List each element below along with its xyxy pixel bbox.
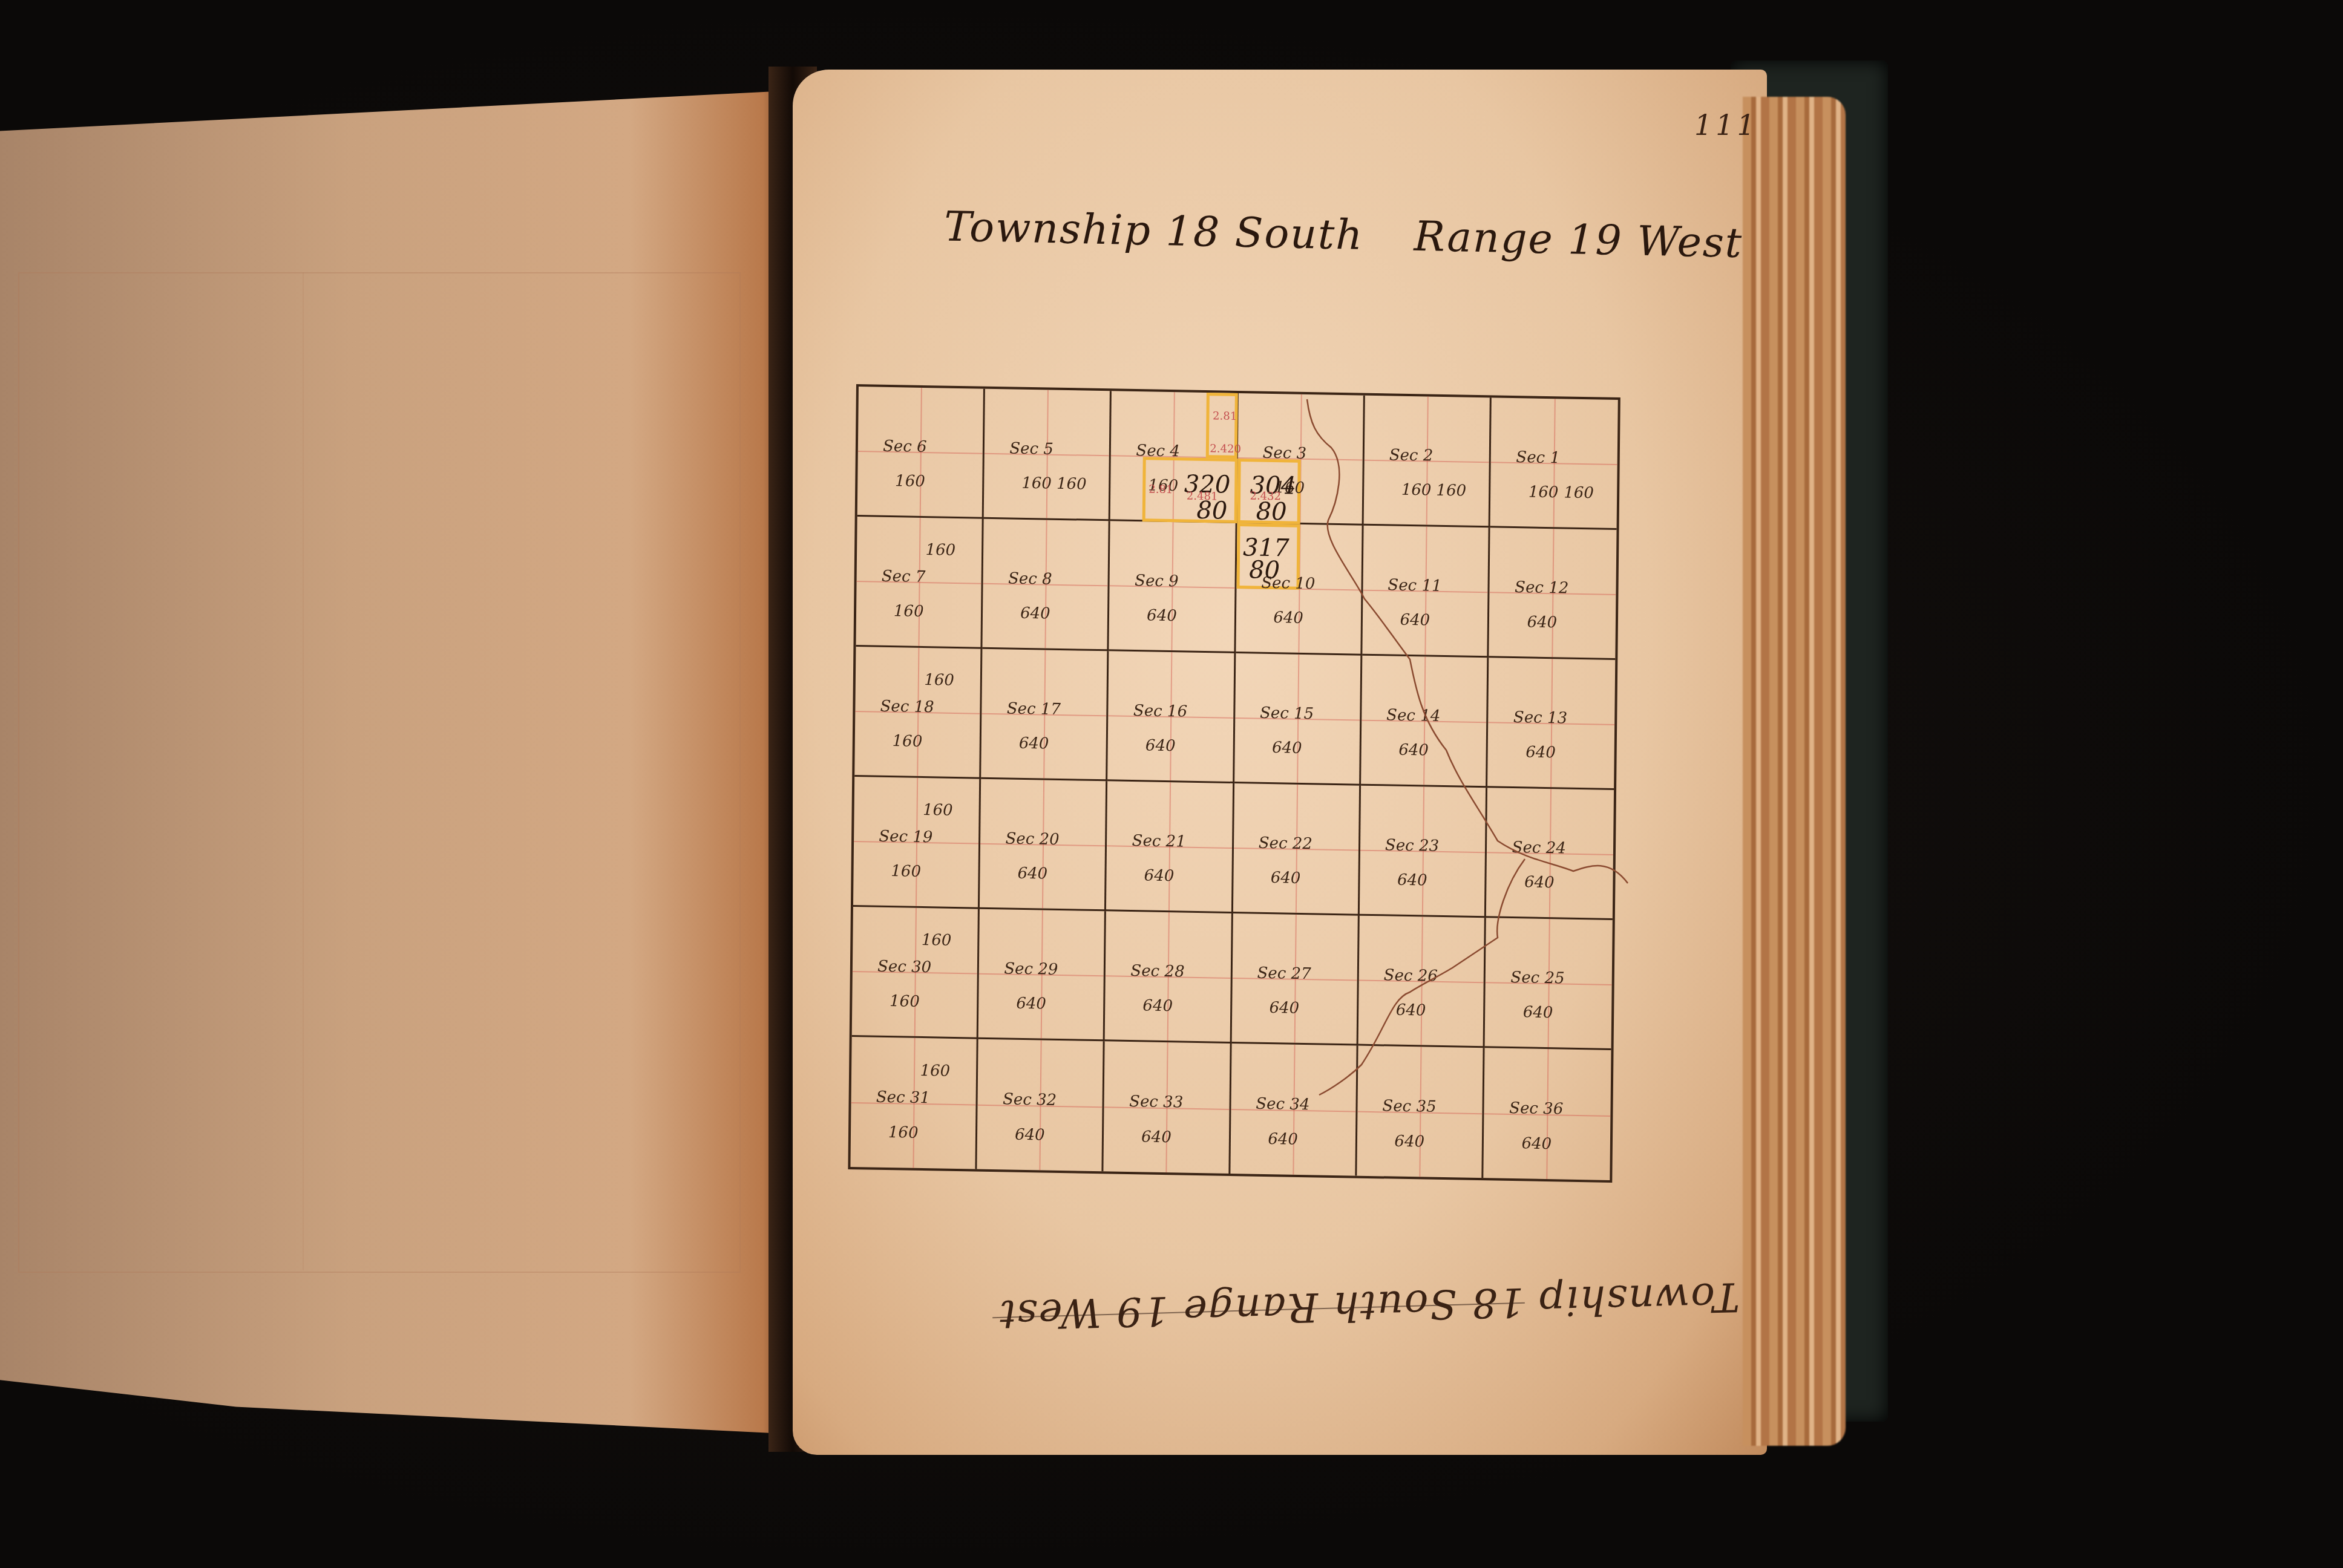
- section-acres: 160: [890, 992, 920, 1011]
- section-acres-top: 160: [922, 931, 952, 950]
- section-acres-top: 160: [925, 541, 955, 560]
- section-acres: 160: [888, 1123, 919, 1142]
- section-label: Sec 7: [882, 567, 926, 586]
- section-label: Sec 5: [1009, 439, 1054, 458]
- section-cell: Sec 35640: [1357, 1046, 1484, 1178]
- section-label: Sec 35: [1382, 1097, 1436, 1116]
- section-cell: Sec 31160160: [850, 1037, 978, 1169]
- page-number: 111: [1694, 109, 1758, 142]
- section-acres: 640: [1142, 996, 1173, 1015]
- section-cell: Sec 32640: [977, 1039, 1105, 1172]
- section-acres: 160: [891, 862, 921, 881]
- section-acres: 160: [1564, 483, 1594, 502]
- section-label: Sec 2: [1389, 446, 1434, 465]
- section-acres: 160: [1057, 475, 1087, 494]
- section-label: Sec 23: [1385, 836, 1439, 855]
- section-cell: Sec 26640: [1358, 916, 1486, 1048]
- section-cell: Sec 20640: [980, 779, 1107, 912]
- section-acres: 640: [1525, 743, 1556, 762]
- section-cell: Sec 16640: [1107, 651, 1235, 783]
- section-acres: 640: [1147, 606, 1177, 625]
- section-label: Sec 27: [1257, 964, 1311, 983]
- section-cell: Sec 29640: [978, 909, 1106, 1042]
- section-label: Sec 17: [1007, 699, 1061, 719]
- section-acres-top: 160: [924, 671, 954, 690]
- section-label: Sec 32: [1003, 1090, 1057, 1109]
- section-acres: 640: [1016, 995, 1046, 1013]
- section-cell: Sec 34640: [1230, 1044, 1358, 1176]
- book-photo: 111 Township 18 South Range 19 West Sec …: [0, 0, 2343, 1568]
- section-label: Sec 33: [1129, 1093, 1183, 1112]
- section-label: Sec 4: [1136, 442, 1180, 460]
- section-acres: 160: [895, 472, 925, 491]
- section-label: Sec 18: [880, 697, 934, 716]
- section-label: Sec 6: [883, 437, 927, 456]
- section-label: Sec 19: [879, 827, 932, 846]
- sec10-sub-acres: 80: [1249, 556, 1280, 584]
- section-label: Sec 12: [1515, 578, 1568, 598]
- section-acres-top: 160: [920, 1062, 950, 1080]
- section-label: Sec 1: [1516, 448, 1560, 467]
- red-lot-note: 2.81: [1149, 483, 1173, 496]
- section-cell: Sec 13640: [1487, 658, 1615, 790]
- section-cell: Sec 14640: [1361, 656, 1489, 788]
- section-label: Sec 29: [1004, 959, 1058, 979]
- section-label: Sec 25: [1510, 969, 1564, 988]
- section-cell: Sec 17640: [981, 649, 1109, 782]
- section-acres: 640: [1527, 613, 1557, 632]
- left-page: [0, 91, 787, 1434]
- section-label: Sec 31: [876, 1088, 930, 1108]
- section-cell: Sec 23640: [1360, 786, 1487, 918]
- section-acres: 160: [1436, 482, 1466, 500]
- section-cell: Sec 27640: [1231, 913, 1359, 1046]
- section-acres: 640: [1017, 864, 1047, 883]
- section-acres: 640: [1272, 739, 1302, 757]
- range-label: Range 19 West: [1414, 213, 1743, 267]
- section-cell: Sec 30160160: [852, 907, 980, 1039]
- section-label: Sec 3: [1262, 443, 1306, 462]
- section-cell: Sec 1160160: [1490, 397, 1617, 530]
- section-acres: 640: [1015, 1126, 1045, 1145]
- section-acres: 640: [1521, 1134, 1552, 1153]
- red-lot-note: 2.432: [1250, 489, 1281, 503]
- section-acres: 160: [894, 602, 924, 621]
- section-cell: Sec 15640: [1234, 653, 1362, 786]
- section-acres: 160: [1401, 481, 1432, 500]
- section-acres: 640: [1523, 1003, 1553, 1022]
- red-lot-note: 2.81: [1213, 410, 1237, 423]
- section-label: Sec 13: [1513, 708, 1567, 728]
- section-cell: Sec 12640: [1489, 528, 1616, 660]
- section-cell: Sec 21640: [1106, 781, 1234, 913]
- stacked-page-edges: [1743, 97, 1846, 1446]
- red-lot-note: 2.481: [1187, 490, 1218, 503]
- section-label: Sec 21: [1132, 832, 1186, 851]
- section-acres: 640: [1524, 873, 1555, 892]
- section-label: Sec 24: [1512, 838, 1566, 858]
- red-lot-note: 2.420: [1210, 442, 1241, 456]
- section-cell: Sec 33640: [1104, 1041, 1231, 1174]
- section-label: Sec 26: [1384, 966, 1438, 985]
- section-cell: Sec 19160160: [853, 777, 981, 909]
- section-acres: 160: [1529, 483, 1559, 501]
- section-cell: Sec 25640: [1484, 918, 1612, 1050]
- section-acres: 160: [1021, 474, 1052, 493]
- section-label: Sec 9: [1135, 572, 1179, 590]
- left-page-faint-frame: [18, 272, 741, 1273]
- section-cell: Sec 18160160: [854, 647, 982, 779]
- section-cell: Sec 36640: [1483, 1048, 1611, 1180]
- section-acres: 160: [893, 732, 923, 751]
- section-cell: Sec 28640: [1105, 911, 1233, 1044]
- section-acres: 640: [1144, 866, 1175, 885]
- township-grid: Sec 6160Sec 5160160Sec 4160Sec 3160Sec 2…: [848, 384, 1620, 1183]
- section-label: Sec 22: [1259, 834, 1312, 853]
- section-acres: 640: [1145, 736, 1176, 755]
- section-cell: Sec 9640: [1109, 521, 1237, 653]
- left-page-fold: [303, 272, 304, 1270]
- section-label: Sec 30: [877, 957, 931, 976]
- section-label: Sec 36: [1509, 1099, 1563, 1119]
- section-acres: 640: [1271, 869, 1301, 887]
- section-cell: Sec 6160: [857, 387, 985, 519]
- section-cell: Sec 11640: [1362, 526, 1490, 658]
- section-acres: 640: [1397, 871, 1427, 890]
- section-acres: 640: [1396, 1001, 1426, 1020]
- section-acres: 640: [1141, 1128, 1171, 1146]
- section-label: Sec 34: [1256, 1095, 1309, 1114]
- section-acres: 640: [1020, 604, 1050, 623]
- section-cell: Sec 5160160: [984, 389, 1112, 521]
- section-label: Sec 8: [1008, 569, 1052, 588]
- section-acres: 640: [1019, 734, 1049, 753]
- section-acres: 640: [1268, 1130, 1298, 1149]
- section-label: Sec 14: [1386, 706, 1440, 725]
- section-acres: 640: [1273, 609, 1303, 627]
- section-acres: 640: [1394, 1132, 1424, 1151]
- section-label: Sec 16: [1133, 702, 1187, 721]
- section-label: Sec 11: [1388, 576, 1441, 595]
- section-cell: Sec 24640: [1486, 788, 1614, 920]
- section-acres: 640: [1400, 611, 1430, 630]
- township-label: Township 18 South: [943, 203, 1364, 260]
- section-cell: Sec 2160160: [1363, 396, 1491, 528]
- section-label: Sec 20: [1005, 829, 1059, 849]
- section-label: Sec 15: [1260, 704, 1314, 723]
- section-acres: 640: [1398, 741, 1429, 760]
- section-cell: Sec 22640: [1233, 783, 1360, 916]
- section-acres-top: 160: [923, 801, 953, 820]
- section-cell: Sec 7160160: [856, 517, 983, 649]
- section-cell: Sec 8640: [983, 519, 1110, 652]
- section-acres: 640: [1269, 999, 1299, 1018]
- section-label: Sec 28: [1130, 962, 1184, 981]
